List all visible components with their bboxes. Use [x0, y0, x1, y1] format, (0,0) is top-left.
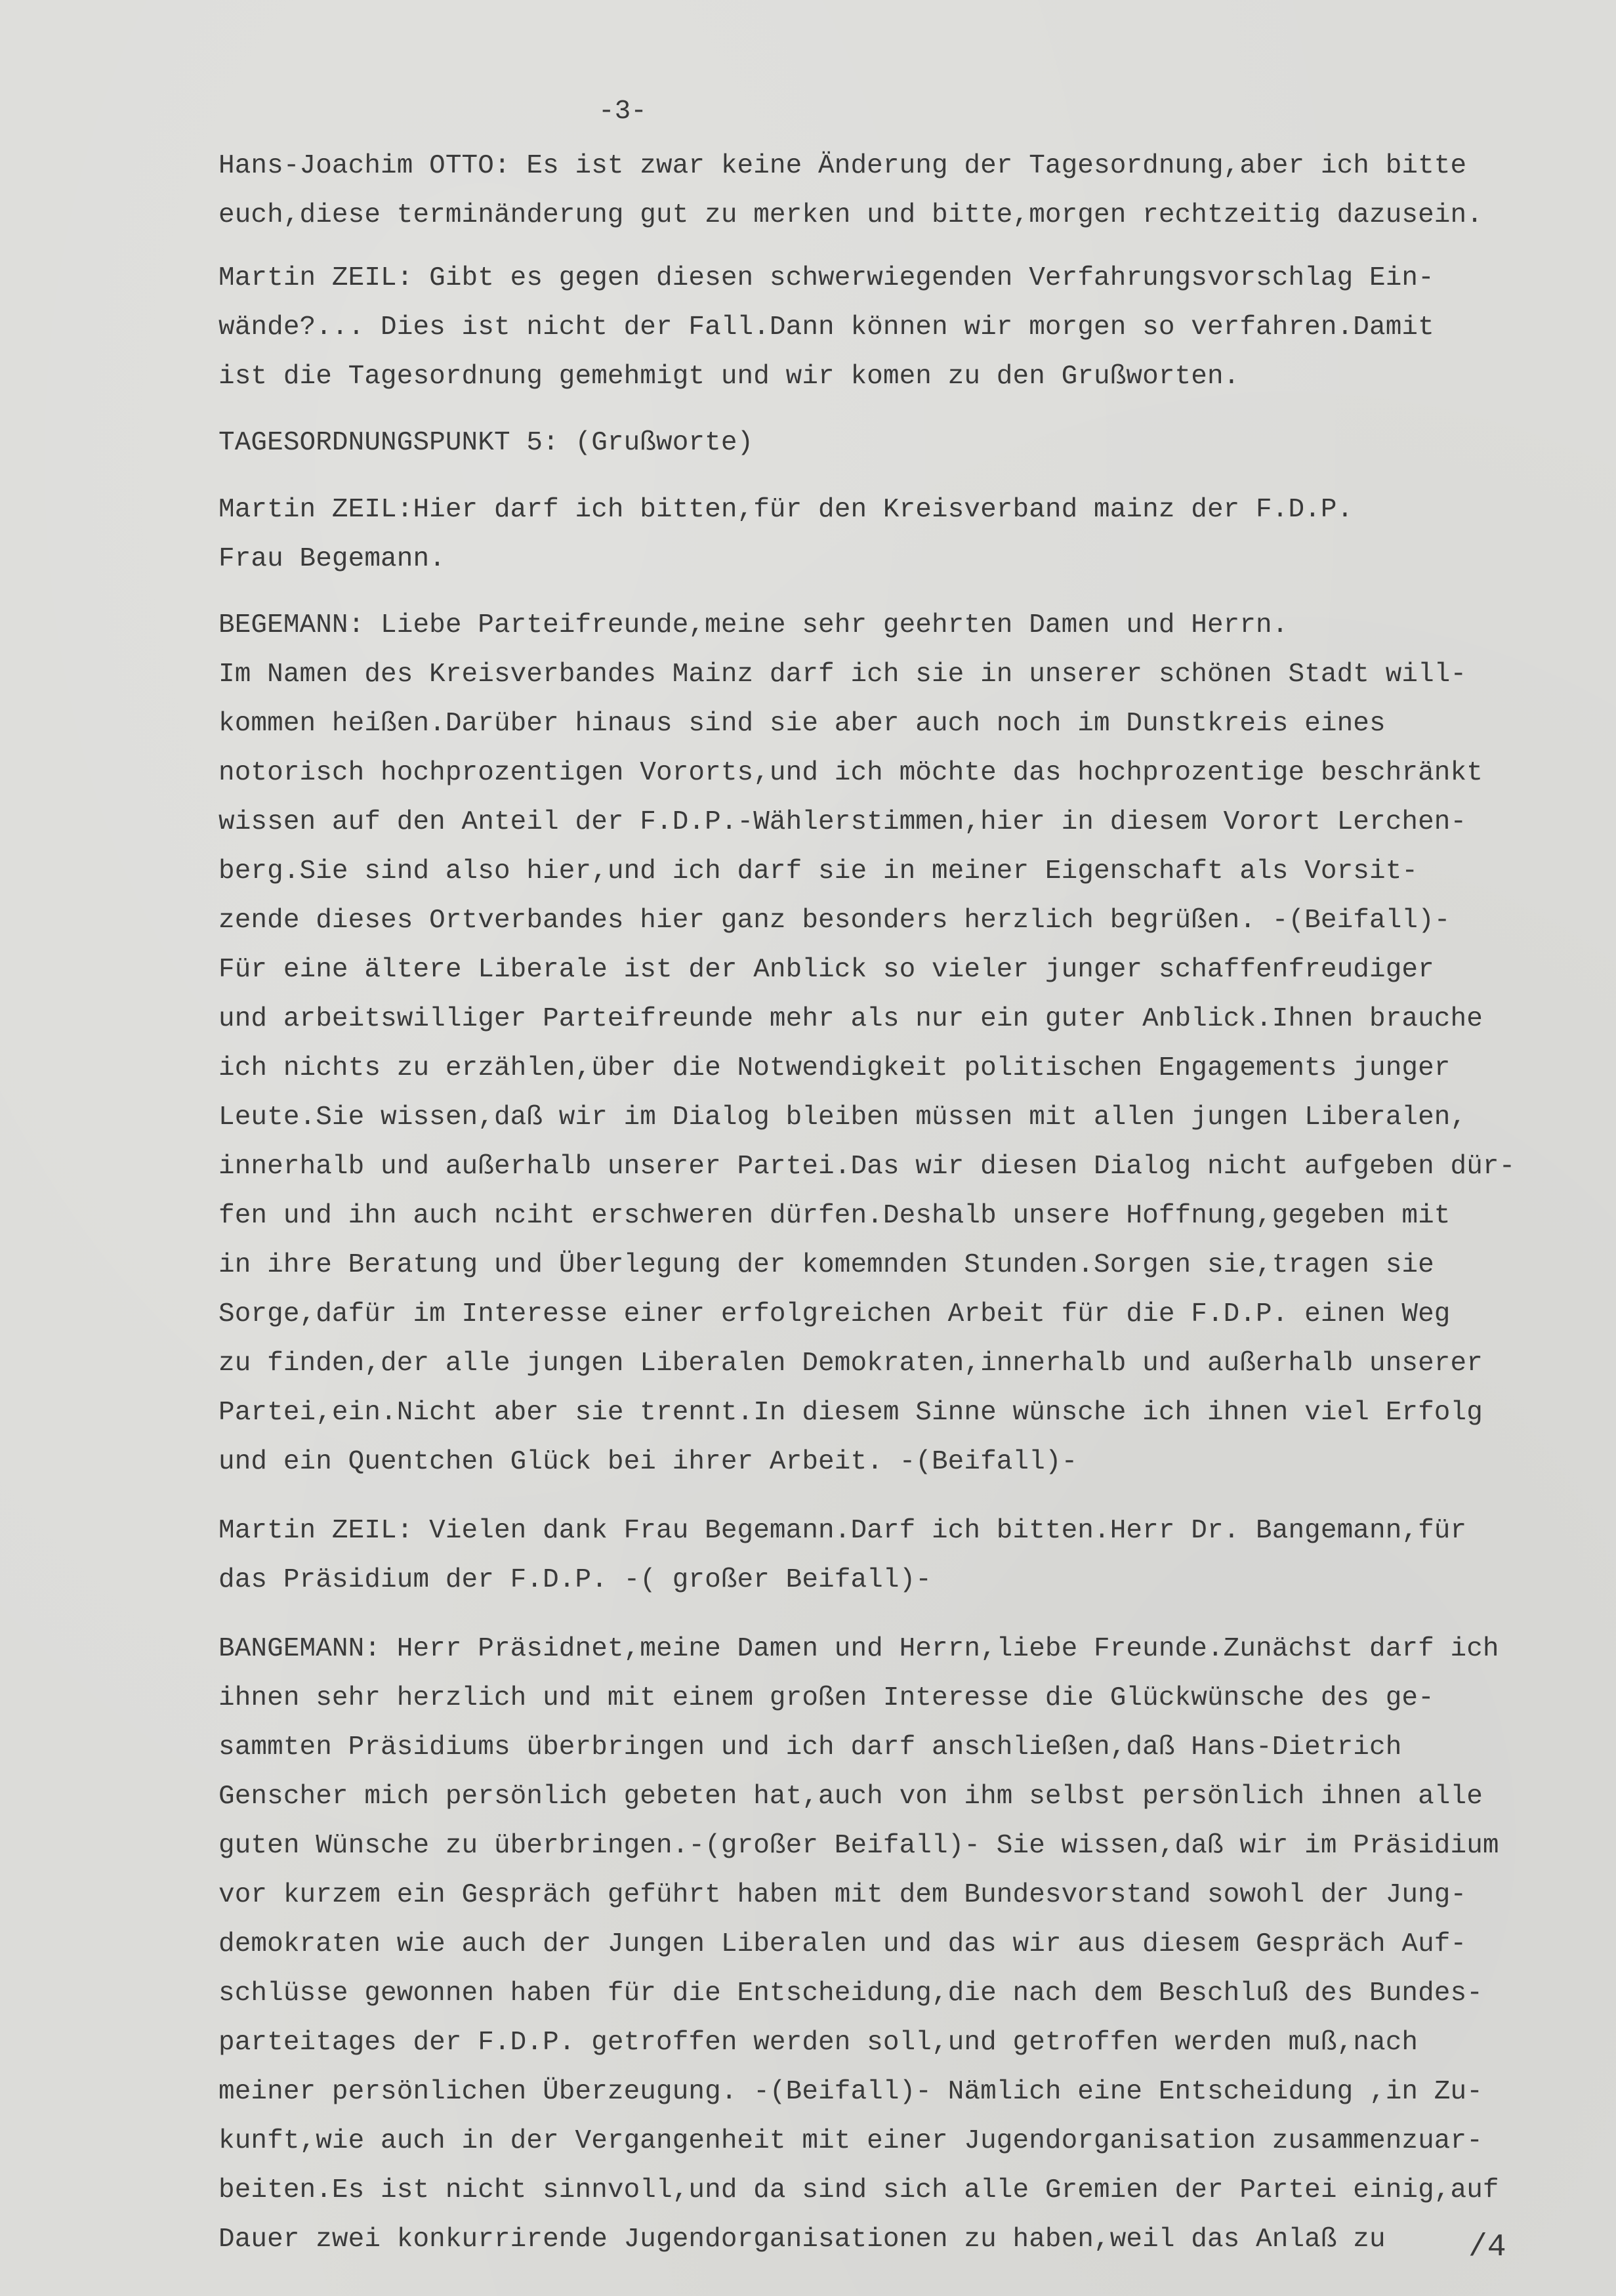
text-line: Partei,ein.Nicht aber sie trennt.In dies…: [218, 1393, 1483, 1432]
text-line: beiten.Es ist nicht sinnvoll,und da sind…: [218, 2171, 1499, 2210]
text-line: Martin ZEIL:Hier darf ich bitten,für den…: [218, 490, 1353, 530]
page-number: -3-: [598, 92, 647, 131]
text-line: BEGEMANN: Liebe Parteifreunde,meine sehr…: [218, 606, 1288, 645]
text-line: vor kurzem ein Gespräch geführt haben mi…: [218, 1875, 1466, 1915]
text-line: parteitages der F.D.P. getroffen werden …: [218, 2023, 1418, 2062]
text-line: Frau Begemann.: [218, 539, 445, 579]
text-line: kommen heißen.Darüber hinaus sind sie ab…: [218, 704, 1386, 743]
text-line: zu finden,der alle jungen Liberalen Demo…: [218, 1344, 1483, 1383]
text-line: zende dieses Ortverbandes hier ganz beso…: [218, 901, 1451, 940]
section-heading: TAGESORDNUNGSPUNKT 5: (Grußworte): [218, 423, 753, 463]
text-line: wände?... Dies ist nicht der Fall.Dann k…: [218, 308, 1434, 347]
text-line: guten Wünsche zu überbringen.-(großer Be…: [218, 1826, 1499, 1866]
text-line: Leute.Sie wissen,daß wir im Dialog bleib…: [218, 1098, 1466, 1137]
text-line: sammten Präsidiums überbringen und ich d…: [218, 1728, 1401, 1767]
text-line: schlüsse gewonnen haben für die Entschei…: [218, 1974, 1483, 2013]
text-line: BANGEMANN: Herr Präsidnet,meine Damen un…: [218, 1629, 1499, 1669]
text-line: berg.Sie sind also hier,und ich darf sie…: [218, 852, 1418, 891]
text-line: ihnen sehr herzlich und mit einem großen…: [218, 1679, 1434, 1718]
text-line: euch,diese terminänderung gut zu merken …: [218, 196, 1483, 235]
text-line: innerhalb und außerhalb unserer Partei.D…: [218, 1147, 1515, 1186]
text-line: Martin ZEIL: Gibt es gegen diesen schwer…: [218, 259, 1434, 298]
text-line: und ein Quentchen Glück bei ihrer Arbeit…: [218, 1442, 1077, 1482]
text-line: Hans-Joachim OTTO: Es ist zwar keine Änd…: [218, 146, 1466, 186]
text-line: meiner persönlichen Überzeugung. -(Beifa…: [218, 2072, 1483, 2112]
text-line: Martin ZEIL: Vielen dank Frau Begemann.D…: [218, 1511, 1466, 1551]
text-line: wissen auf den Anteil der F.D.P.-Wählers…: [218, 803, 1466, 842]
continuation-marker: /4: [1468, 2228, 1506, 2267]
typewritten-page: -3- Hans-Joachim OTTO: Es ist zwar keine…: [0, 0, 1616, 2296]
text-line: fen und ihn auch nciht erschweren dürfen…: [218, 1196, 1451, 1236]
text-line: und arbeitswilliger Parteifreunde mehr a…: [218, 999, 1483, 1039]
text-line: notorisch hochprozentigen Vororts,und ic…: [218, 753, 1483, 793]
text-line: in ihre Beratung und Überlegung der kome…: [218, 1245, 1434, 1285]
text-line: das Präsidium der F.D.P. -( großer Beifa…: [218, 1560, 932, 1600]
text-line: Im Namen des Kreisverbandes Mainz darf i…: [218, 655, 1466, 694]
text-line: ist die Tagesordnung gemehmigt und wir k…: [218, 357, 1239, 396]
text-line: kunft,wie auch in der Vergangenheit mit …: [218, 2121, 1483, 2161]
text-line: Dauer zwei konkurrirende Jugendorganisat…: [218, 2220, 1386, 2259]
text-line: demokraten wie auch der Jungen Liberalen…: [218, 1925, 1466, 1964]
text-line: Sorge,dafür im Interesse einer erfolgrei…: [218, 1295, 1451, 1334]
text-line: Genscher mich persönlich gebeten hat,auc…: [218, 1777, 1483, 1816]
text-line: ich nichts zu erzählen,über die Notwendi…: [218, 1049, 1451, 1088]
text-line: Für eine ältere Liberale ist der Anblick…: [218, 950, 1434, 990]
